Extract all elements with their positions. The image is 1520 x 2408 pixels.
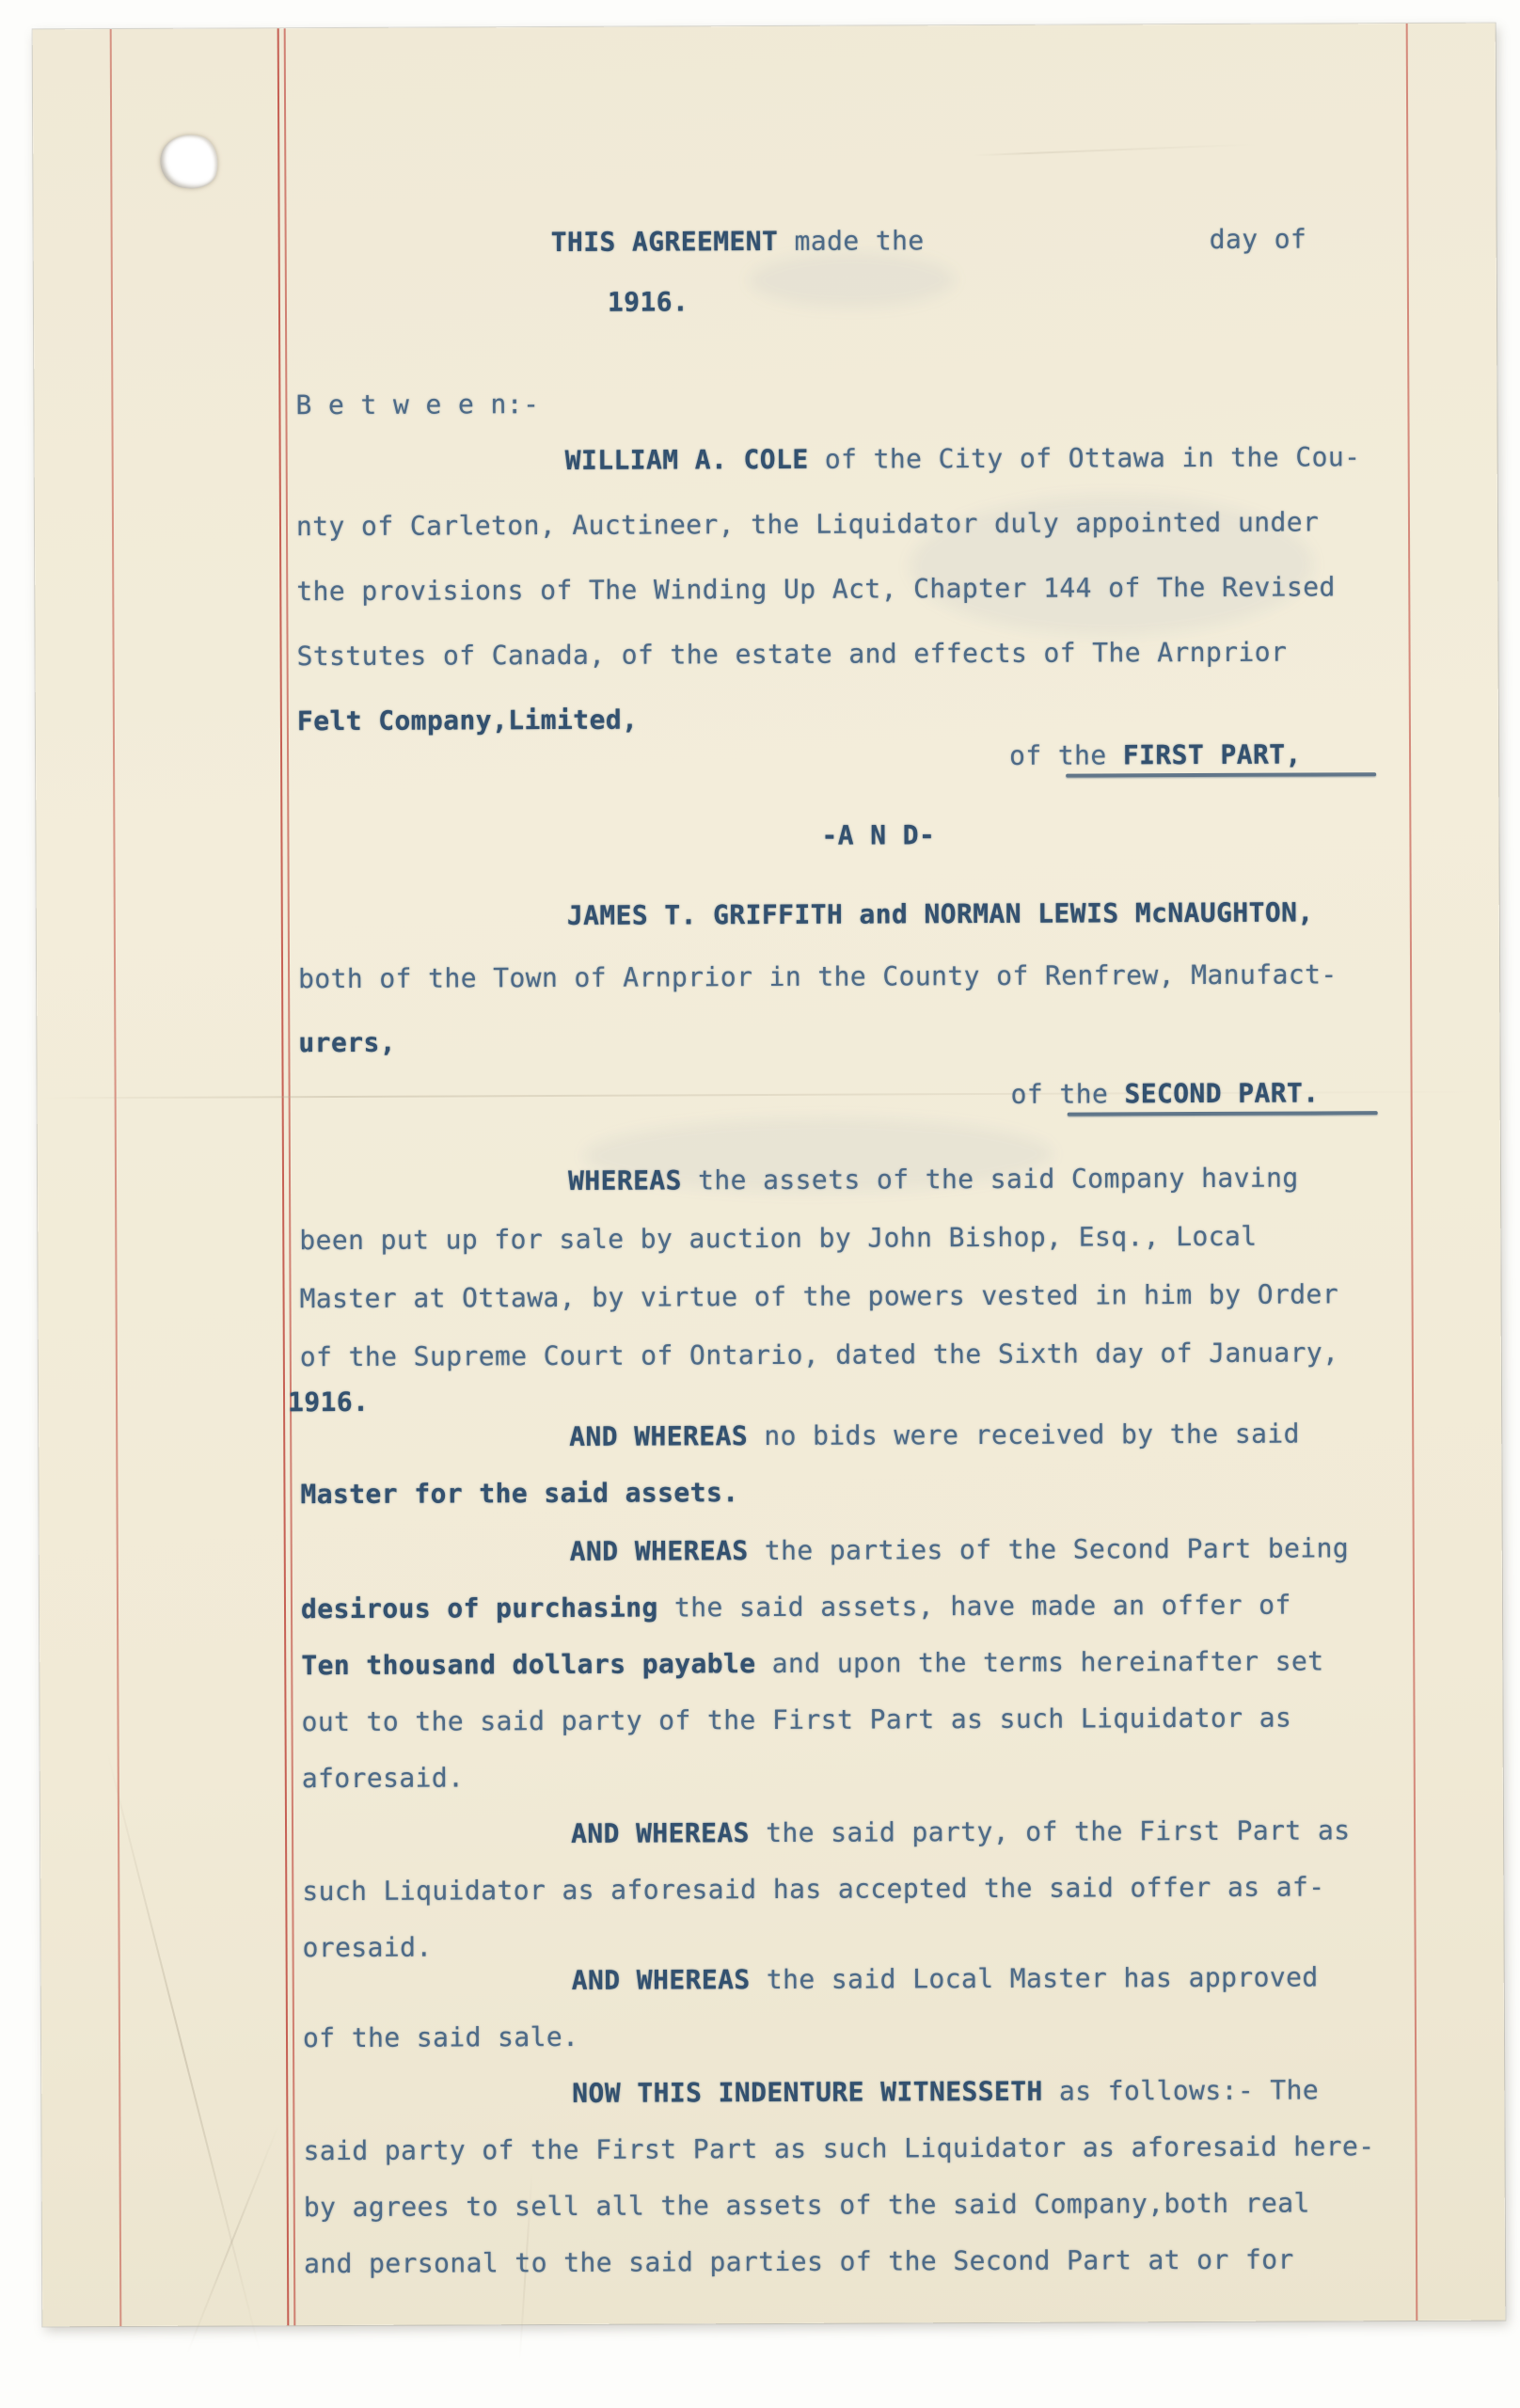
typewritten-text-bold: SECOND PART. xyxy=(1124,1077,1319,1109)
right-margin-rule xyxy=(1406,24,1418,2321)
typewritten-text-bold: -A N D- xyxy=(821,819,935,851)
fold-crease xyxy=(106,1751,261,2353)
typewritten-text-bold: AND WHEREAS xyxy=(571,1817,750,1849)
typewritten-text-bold: desirous of purchasing xyxy=(301,1592,658,1625)
typewritten-line: out to the said party of the First Part … xyxy=(301,1703,1291,1739)
typewritten-line: Ten thousand dollars payable and upon th… xyxy=(301,1645,1323,1682)
typewritten-text: the said party, of the First Part as xyxy=(750,1814,1351,1848)
typewritten-line: by agrees to sell all the assets of the … xyxy=(304,2188,1310,2225)
typewritten-text-bold: WHEREAS xyxy=(568,1164,682,1196)
typewritten-line: the provisions of The Winding Up Act, Ch… xyxy=(296,571,1336,608)
typewritten-line: Ststutes of Canada, of the estate and ef… xyxy=(297,637,1288,673)
typewritten-line: -A N D- xyxy=(821,819,935,852)
typewritten-text: been put up for sale by auction by John … xyxy=(299,1221,1257,1256)
typewritten-text: such Liquidator as aforesaid has accepte… xyxy=(302,1871,1324,1907)
typewritten-text-bold: Felt Company,Limited, xyxy=(297,705,639,737)
typewritten-line: 1916. xyxy=(608,286,689,318)
typewritten-text-bold: Ten thousand dollars payable xyxy=(301,1648,755,1681)
typewritten-text-bold: 1916. xyxy=(608,286,689,317)
typewritten-line: B e t w e e n:- xyxy=(295,388,539,421)
typewritten-text-bold: AND WHEREAS xyxy=(572,1964,751,1996)
punch-hole xyxy=(154,128,224,195)
typewritten-text: as follows:- The xyxy=(1043,2074,1320,2106)
typewritten-text-bold: WILLIAM A. COLE xyxy=(565,444,809,476)
typewritten-line: of the SECOND PART. xyxy=(1011,1077,1320,1110)
typewritten-line: both of the Town of Arnprior in the Coun… xyxy=(298,958,1338,995)
typed-underline xyxy=(1068,1111,1378,1116)
typewritten-line: Master at Ottawa, by virtue of the power… xyxy=(299,1278,1338,1315)
typewritten-line: JAMES T. GRIFFITH and NORMAN LEWIS McNAU… xyxy=(567,896,1314,931)
typewritten-text: of the xyxy=(1009,739,1123,771)
typewritten-text: of the City of Ottawa in the Cou- xyxy=(808,441,1360,475)
typewritten-text-bold: NOW THIS INDENTURE WITNESSETH xyxy=(572,2076,1043,2109)
typewritten-text: of the xyxy=(1011,1078,1125,1110)
typewritten-text: made the xyxy=(778,225,924,257)
typewritten-text: of the said sale. xyxy=(303,2021,579,2053)
typewritten-text: Master at Ottawa, by virtue of the power… xyxy=(299,1278,1338,1314)
typewritten-line: and personal to the said parties of the … xyxy=(304,2244,1294,2281)
typewritten-text: out to the said party of the First Part … xyxy=(301,1703,1291,1738)
typewritten-line: AND WHEREAS the said Local Master has ap… xyxy=(572,1961,1319,1996)
typewritten-text: B e t w e e n:- xyxy=(295,388,539,420)
typewritten-line: been put up for sale by auction by John … xyxy=(299,1221,1257,1257)
typewritten-line: aforesaid. xyxy=(302,1762,465,1795)
typewritten-line: oresaid. xyxy=(303,1932,433,1965)
typewritten-text: oresaid. xyxy=(303,1932,433,1964)
typewritten-text: the said Local Master has approved xyxy=(751,1961,1319,1995)
typewritten-line: WILLIAM A. COLE of the City of Ottawa in… xyxy=(565,441,1361,477)
typewritten-text: no bids were received by the said xyxy=(748,1418,1300,1452)
typewritten-text-bold: FIRST PART, xyxy=(1123,739,1302,771)
typewritten-text: day of xyxy=(1210,223,1307,254)
typewritten-line: such Liquidator as aforesaid has accepte… xyxy=(302,1871,1324,1908)
typewritten-text: the said assets, have made an offer of xyxy=(658,1590,1291,1624)
typewritten-line: WHEREAS the assets of the said Company h… xyxy=(568,1163,1299,1197)
typewritten-line: of the FIRST PART, xyxy=(1009,739,1302,772)
typewritten-text: Ststutes of Canada, of the estate and ef… xyxy=(297,637,1288,673)
typewritten-text: of the Supreme Court of Ontario, dated t… xyxy=(300,1337,1339,1372)
scanned-document-page: THIS AGREEMENT made theday of1916.B e t … xyxy=(33,24,1506,2327)
typewritten-text-bold: AND WHEREAS xyxy=(569,1420,748,1452)
typewritten-line: 1916. xyxy=(288,1386,369,1418)
typewritten-text: by agrees to sell all the assets of the … xyxy=(304,2188,1310,2224)
typewritten-line: NOW THIS INDENTURE WITNESSETH as follows… xyxy=(572,2074,1319,2109)
typed-underline xyxy=(1066,772,1376,777)
typewritten-line: urers, xyxy=(298,1027,396,1059)
typewritten-line: of the Supreme Court of Ontario, dated t… xyxy=(300,1337,1339,1373)
typewritten-text: and upon the terms hereinafter set xyxy=(755,1645,1323,1679)
typewritten-text: the parties of the Second Part being xyxy=(749,1532,1350,1566)
typewritten-text-bold: urers, xyxy=(298,1027,396,1058)
left-margin-rule xyxy=(110,29,122,2326)
typewritten-line: Felt Company,Limited, xyxy=(297,705,639,738)
typewritten-line: nty of Carleton, Auctineer, the Liquidat… xyxy=(296,506,1319,543)
scratch-mark xyxy=(974,143,1256,156)
typewritten-text-bold: THIS AGREEMENT xyxy=(551,226,779,258)
typewritten-text: and personal to the said parties of the … xyxy=(304,2244,1294,2280)
typewritten-line: said party of the First Part as such Liq… xyxy=(303,2131,1374,2167)
ink-ghost-smudge xyxy=(749,251,956,309)
typewritten-text: aforesaid. xyxy=(302,1762,465,1794)
typewritten-line: AND WHEREAS the said party, of the First… xyxy=(571,1814,1351,1850)
typewritten-text-bold: 1916. xyxy=(288,1386,369,1418)
typewritten-line: desirous of purchasing the said assets, … xyxy=(301,1590,1291,1626)
typewritten-line: THIS AGREEMENT made the xyxy=(551,225,925,259)
typewritten-line: Master for the said assets. xyxy=(300,1477,738,1511)
left-margin-double-rule xyxy=(277,28,290,2325)
typewritten-line: AND WHEREAS no bids were received by the… xyxy=(569,1418,1300,1453)
fold-crease xyxy=(186,2126,278,2353)
typewritten-text-bold: JAMES T. GRIFFITH and NORMAN LEWIS McNAU… xyxy=(567,896,1314,930)
typewritten-text-bold: AND WHEREAS xyxy=(570,1535,749,1567)
typewritten-text: the assets of the said Company having xyxy=(682,1163,1299,1196)
typewritten-text: the provisions of The Winding Up Act, Ch… xyxy=(296,571,1336,607)
typewritten-line: AND WHEREAS the parties of the Second Pa… xyxy=(570,1532,1350,1568)
typewritten-text-bold: Master for the said assets. xyxy=(300,1477,738,1510)
typewritten-text: said party of the First Part as such Liq… xyxy=(303,2131,1374,2166)
typewritten-text: both of the Town of Arnprior in the Coun… xyxy=(298,958,1338,994)
typewritten-line: day of xyxy=(1210,223,1307,255)
typewritten-line: of the said sale. xyxy=(303,2021,579,2054)
typewritten-text: nty of Carleton, Auctineer, the Liquidat… xyxy=(296,506,1319,542)
